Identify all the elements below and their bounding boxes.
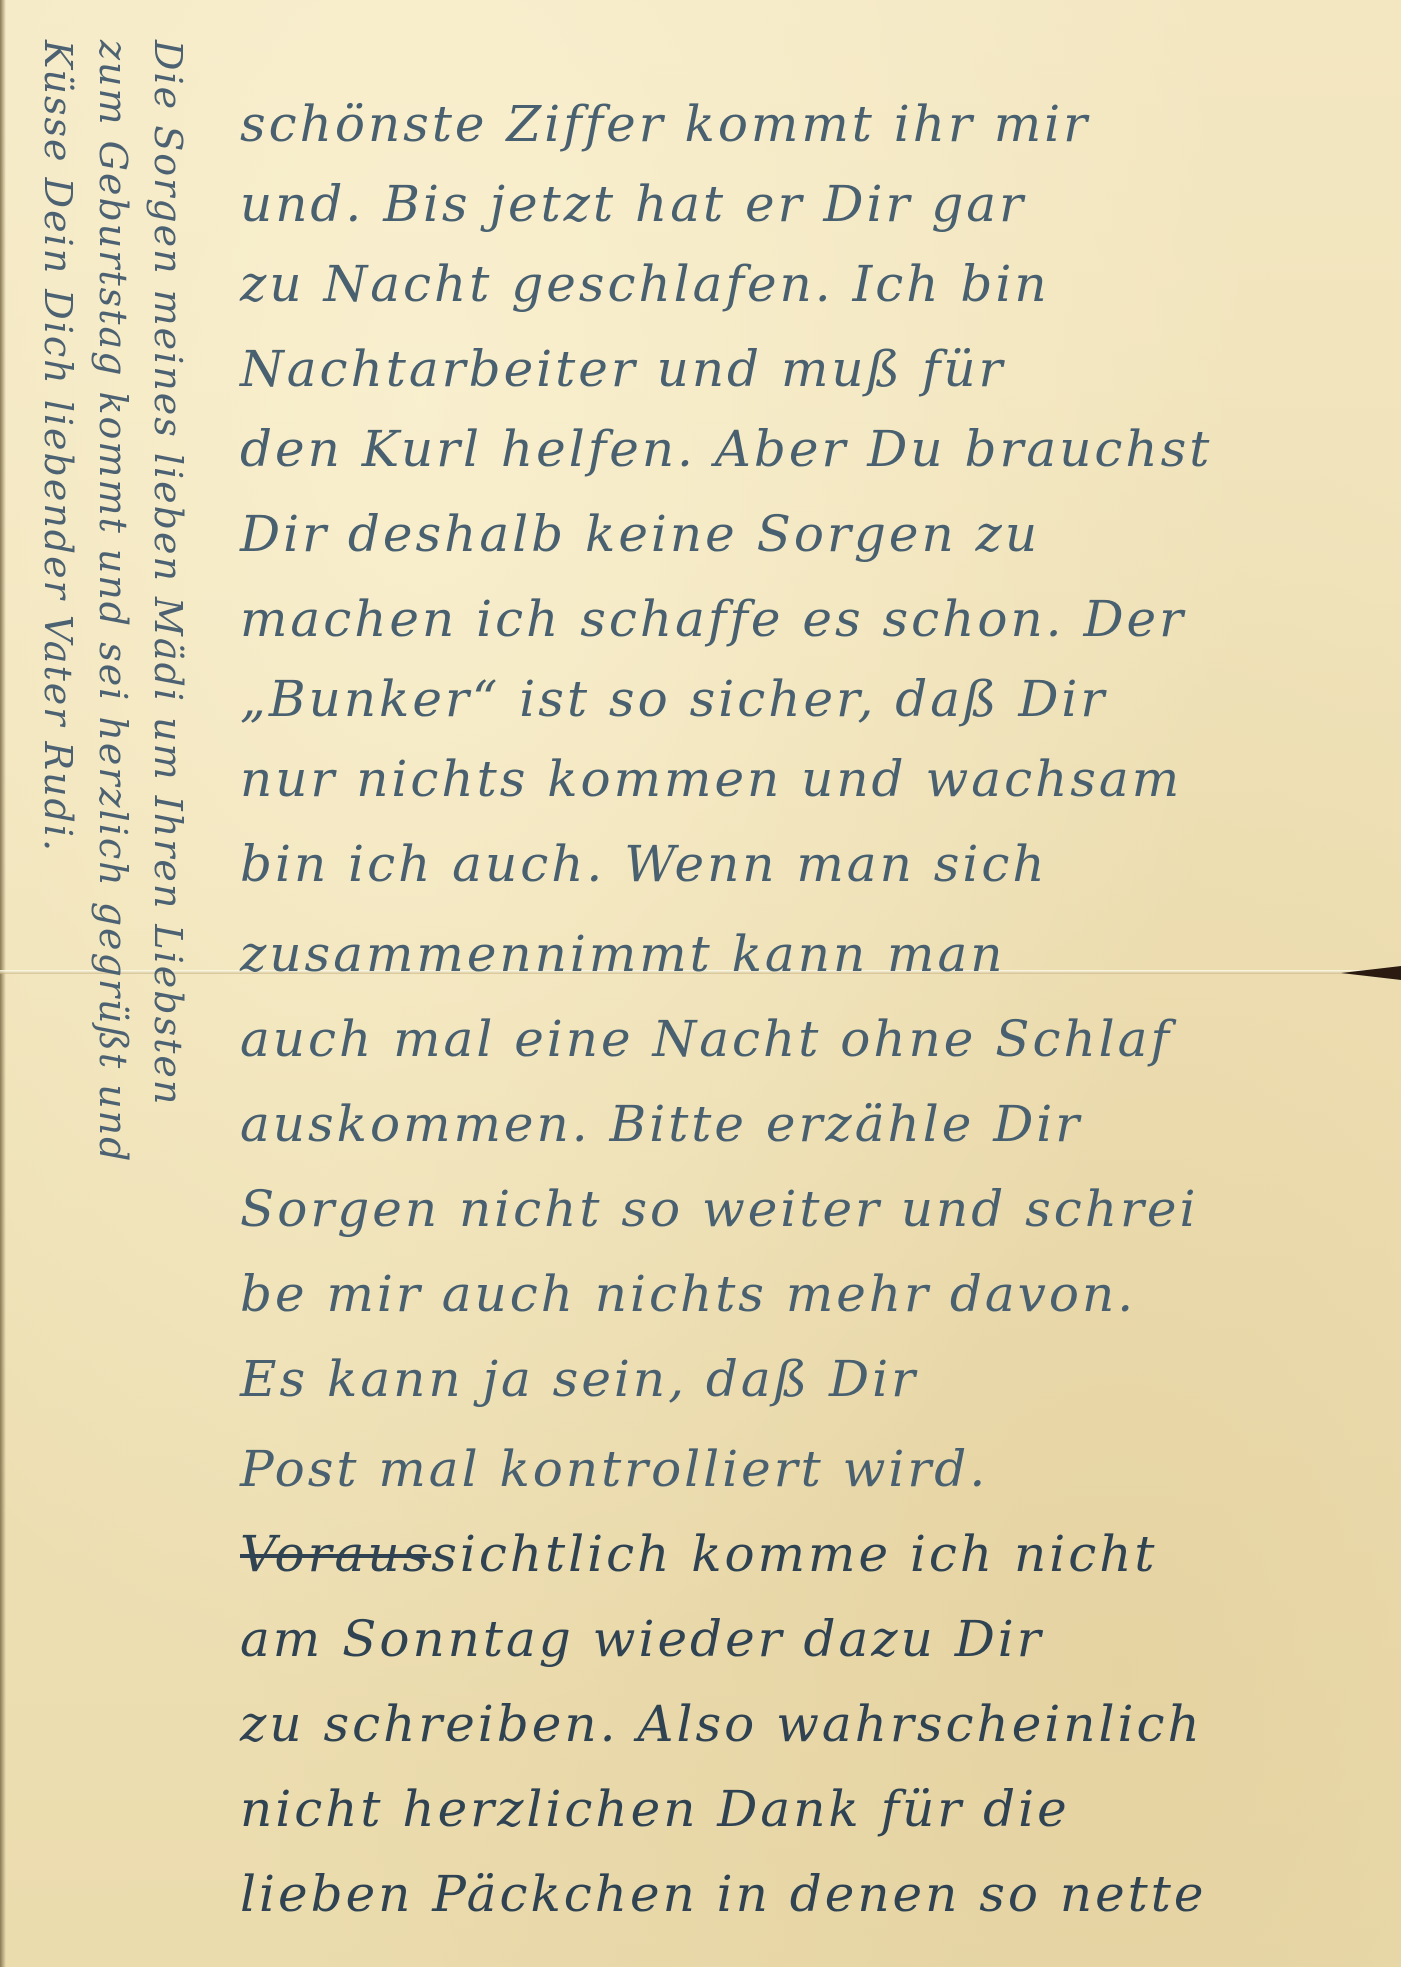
body-line-rest: sichtlich komme ich nicht (431, 1525, 1157, 1583)
margin-line: Die Sorgen meines lieben Mädi um Ihren L… (146, 40, 190, 1106)
margin-note: Die Sorgen meines lieben Mädi um Ihren L… (0, 0, 190, 1967)
body-line: Es kann ja sein, daß Dir (240, 1350, 918, 1408)
body-line: Sorgen nicht so weiter und schrei (240, 1180, 1199, 1238)
margin-line: zum Geburtstag kommt und sei herzlich ge… (91, 40, 135, 1163)
body-line: nicht herzlichen Dank für die (240, 1780, 1070, 1838)
body-line: be mir auch nichts mehr davon. (240, 1265, 1136, 1323)
margin-line: Küsse Dein Dich liebender Vater Rudi. (36, 40, 80, 853)
body-line: zu Nacht geschlafen. Ich bin (240, 255, 1050, 313)
body-line: zusammennimmt kann man (240, 925, 1005, 983)
body-line: lieben Päckchen in denen so nette (240, 1865, 1206, 1923)
body-line: am Sonntag wieder dazu Dir (240, 1610, 1044, 1668)
body-line: und. Bis jetzt hat er Dir gar (240, 175, 1026, 233)
body-line: Dir deshalb keine Sorgen zu (240, 505, 1040, 563)
body-line: „Bunker“ ist so sicher, daß Dir (240, 670, 1107, 728)
body-line: machen ich schaffe es schon. Der (240, 590, 1186, 648)
body-line: den Kurl helfen. Aber Du brauchst (240, 420, 1212, 478)
body-line: bin ich auch. Wenn man sich (240, 835, 1048, 893)
letter-page: Die Sorgen meines lieben Mädi um Ihren L… (0, 0, 1401, 1967)
paper-tear (1341, 966, 1401, 980)
body-line-with-strikethrough: Voraussichtlich komme ich nicht (240, 1525, 1158, 1583)
body-line: nur nichts kommen und wachsam (240, 750, 1182, 808)
body-line: zu schreiben. Also wahrscheinlich (240, 1695, 1203, 1753)
body-line: Nachtarbeiter und muß für (240, 340, 1005, 398)
body-line: schönste Ziffer kommt ihr mir (240, 95, 1090, 153)
body-line: Post mal kontrolliert wird. (240, 1440, 988, 1498)
body-line: auch mal eine Nacht ohne Schlaf (240, 1010, 1172, 1068)
struck-text: Voraus (240, 1525, 431, 1583)
body-line: auskommen. Bitte erzähle Dir (240, 1095, 1082, 1153)
